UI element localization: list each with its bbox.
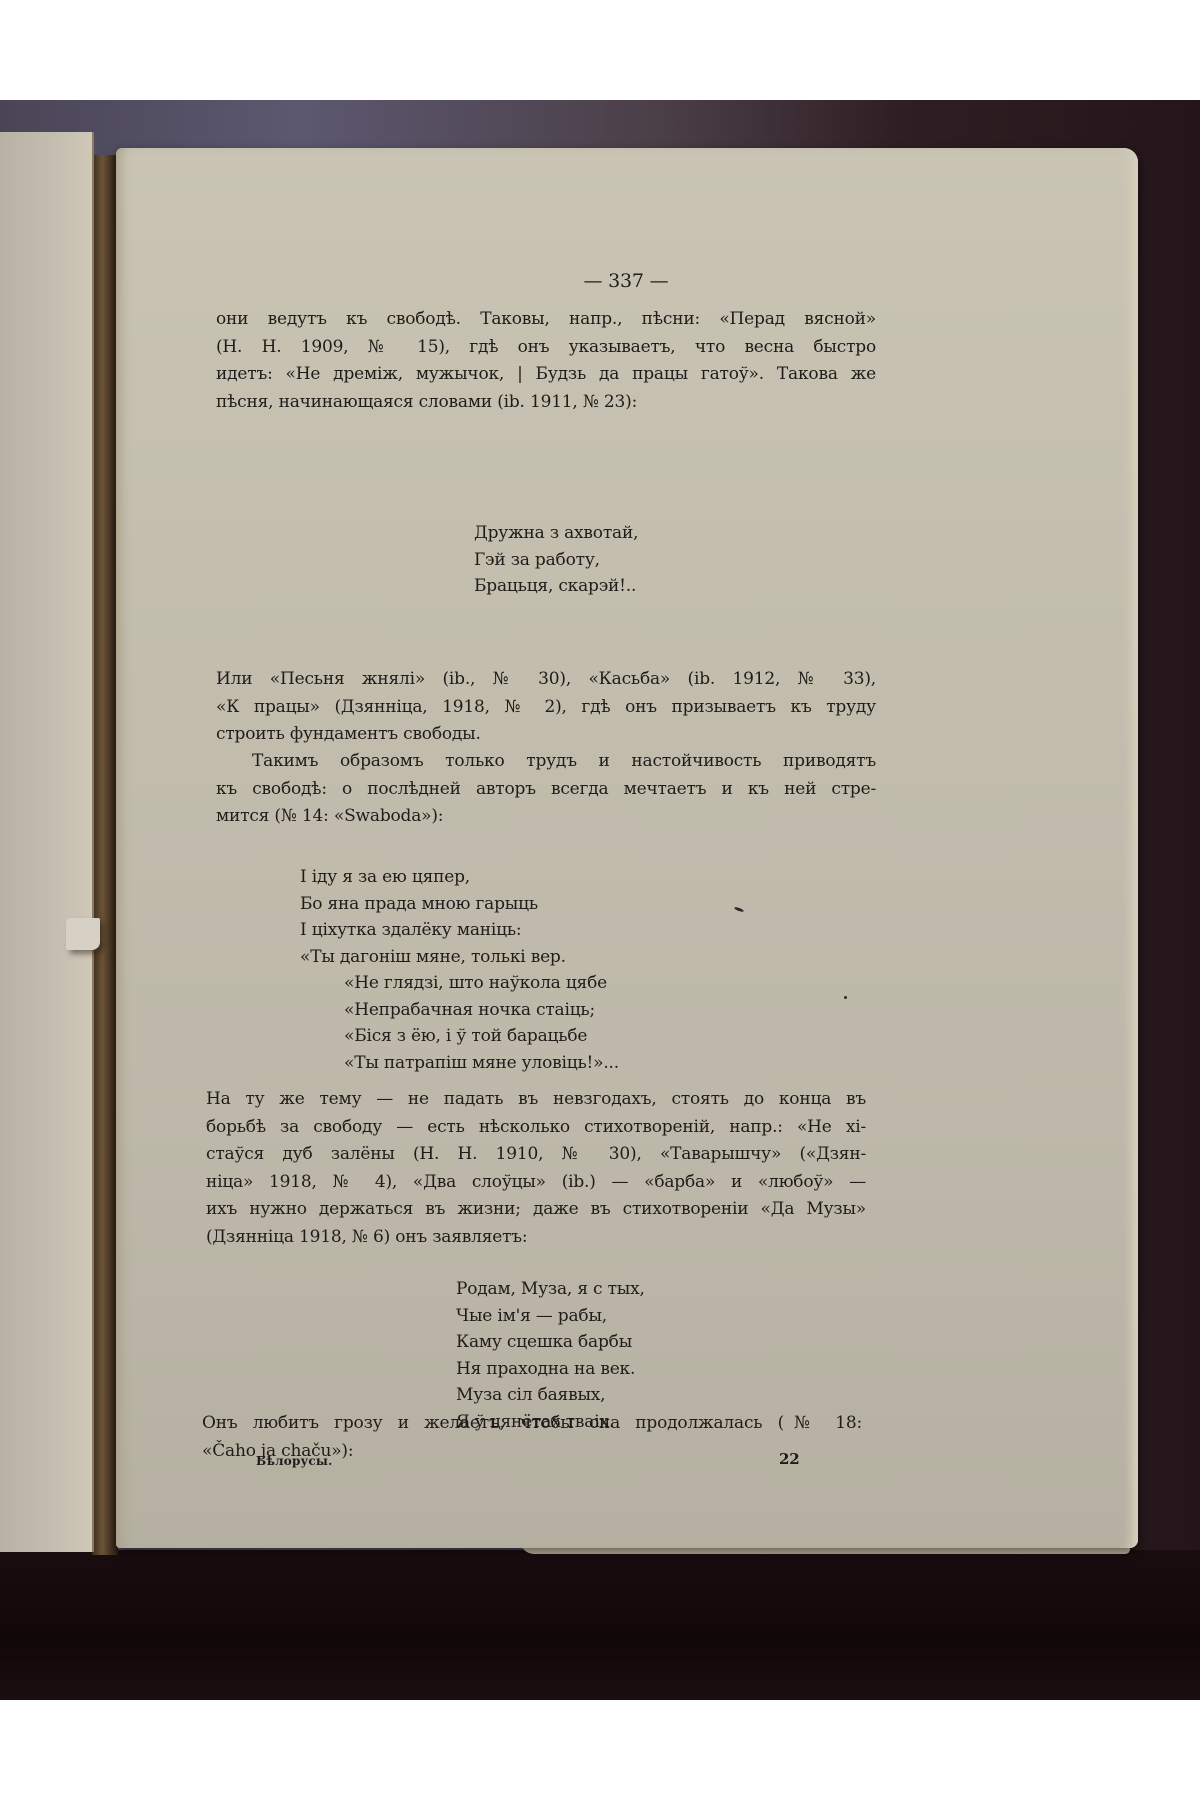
text-line: пѣсня, начинающаяся словами (ib. 1911, №…: [216, 389, 876, 417]
text-line: строить фундаментъ свободы.: [216, 721, 876, 749]
right-page: — 337 — они ведутъ къ свободѣ. Таковы, н…: [116, 148, 1138, 1548]
verse-line: Бо яна прада мною гарыць: [300, 891, 619, 918]
text-line: «К працы» (Дзянніца, 1918, № 2), гдѣ онъ…: [216, 694, 876, 722]
verse-line: «Ты патрапіш мяне уловіць!»...: [300, 1050, 619, 1077]
signature-mark: Бѣлорусы.: [256, 1454, 333, 1468]
text-line: борьбѣ за свободу — есть нѣсколько стихо…: [206, 1114, 866, 1142]
ink-speck: [844, 996, 847, 999]
text-line: стаўся дуб залёны (Н. Н. 1910, № 30), «Т…: [206, 1141, 866, 1169]
text-line: идетъ: «Не дреміж, мужычок, | Будзь да п…: [216, 361, 876, 389]
text-line: (Н. Н. 1909, № 15), гдѣ онъ указываетъ, …: [216, 334, 876, 362]
text-line: Онъ любитъ грозу и желаетъ, чтобы она пр…: [202, 1410, 862, 1438]
paragraph-2: Или «Песьня жнялі» (ib., № 30), «Касьба»…: [216, 666, 876, 749]
verse-line: І ціхутка здалёку маніць:: [300, 917, 619, 944]
verse-line: Гэй за работу,: [474, 547, 638, 574]
verse-line: Дружна з ахвотай,: [474, 520, 638, 547]
folded-page-corner: [66, 918, 100, 950]
text-line: мится (№ 14: «Swaboda»):: [216, 803, 876, 831]
verse-1: Дружна з ахвотай, Гэй за работу, Брацьця…: [474, 520, 638, 600]
text-line: Такимъ образомъ только трудъ и настойчив…: [216, 748, 876, 776]
verse-line: Родам, Муза, я с тых,: [456, 1276, 645, 1303]
text-line: Или «Песьня жнялі» (ib., № 30), «Касьба»…: [216, 666, 876, 694]
verse-line: «Ты дагоніш мяне, толькі вер.: [300, 944, 619, 971]
text-line: На ту же тему — не падать въ невзгодахъ,…: [206, 1086, 866, 1114]
text-line: къ свободѣ: о послѣдней авторъ всегда ме…: [216, 776, 876, 804]
left-page-edge: [0, 132, 94, 1552]
book-photo: — 337 — они ведутъ къ свободѣ. Таковы, н…: [0, 100, 1200, 1700]
verse-line: Брацьця, скарэй!..: [474, 573, 638, 600]
verse-line: «Біся з ёю, і ў той барацьбе: [300, 1023, 619, 1050]
text-line: они ведутъ къ свободѣ. Таковы, напр., пѣ…: [216, 306, 876, 334]
page-number-header: — 337 —: [546, 270, 706, 292]
paragraph-4: На ту же тему — не падать въ невзгодахъ,…: [206, 1086, 866, 1251]
verse-line: Ня праходна на век.: [456, 1356, 645, 1383]
text-line: ихъ нужно держаться въ жизни; даже въ ст…: [206, 1196, 866, 1224]
verse-line: «Непрабачная ночка стаіць;: [300, 997, 619, 1024]
paragraph-1: они ведутъ къ свободѣ. Таковы, напр., пѣ…: [216, 306, 876, 416]
text-line: ніца» 1918, № 4), «Два слоўцы» (ib.) — «…: [206, 1169, 866, 1197]
verse-line: «Не глядзі, што наўкола цябе: [300, 970, 619, 997]
verse-line: Муза сіл баявых,: [456, 1382, 645, 1409]
ink-speck: [734, 906, 744, 912]
sheet-number: 22: [779, 1450, 799, 1468]
paragraph-3: Такимъ образомъ только трудъ и настойчив…: [216, 748, 876, 831]
book-spine: [92, 155, 118, 1555]
text-line: (Дзянніца 1918, № 6) онъ заявляетъ:: [206, 1224, 866, 1252]
verse-line: Чые ім'я — рабы,: [456, 1303, 645, 1330]
verse-line: І іду я за ею цяпер,: [300, 864, 619, 891]
verse-line: Каму сцешка барбы: [456, 1329, 645, 1356]
verse-2: І іду я за ею цяпер, Бо яна прада мною г…: [300, 864, 619, 1076]
